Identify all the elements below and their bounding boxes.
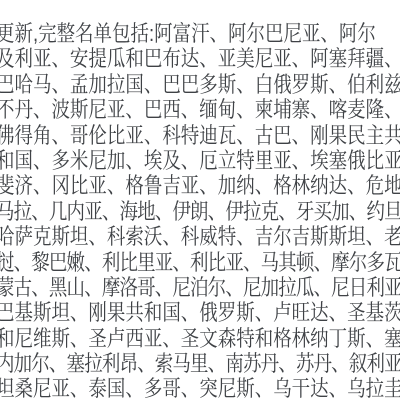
text-line-12: 巴基斯坦、刚果共和国、俄罗斯、卢旺达、圣基茨 — [0, 300, 400, 325]
text-line-8: 马拉、几内亚、海地、伊朗、伊拉克、牙买加、约旦 — [0, 199, 400, 224]
text-line-6: 和国、多米尼加、埃及、厄立特里亚、埃塞俄比亚 — [0, 148, 400, 173]
text-line-13: 和尼维斯、圣卢西亚、圣文森特和格林纳丁斯、塞 — [0, 326, 400, 351]
text-line-2: 及利亚、安提瓜和巴布达、亚美尼亚、阿塞拜疆、 — [0, 46, 400, 71]
text-line-9: 哈萨克斯坦、科索沃、科威特、吉尔吉斯斯坦、老 — [0, 224, 400, 249]
document-text-viewport: 更新,完整名单包括:阿富汗、阿尔巴尼亚、阿尔 及利亚、安提瓜和巴布达、亚美尼亚、… — [0, 0, 400, 400]
text-line-10: 挝、黎巴嫩、利比里亚、利比亚、马其顿、摩尔多瓦 — [0, 250, 400, 275]
text-line-5: 佛得角、哥伦比亚、科特迪瓦、古巴、刚果民主共 — [0, 123, 400, 148]
text-line-3: 巴哈马、孟加拉国、巴巴多斯、白俄罗斯、伯利兹 — [0, 72, 400, 97]
text-line-15: 坦桑尼亚、泰国、多哥、突尼斯、乌干达、乌拉圭 — [0, 376, 400, 400]
text-line-4: 不丹、波斯尼亚、巴西、缅甸、柬埔寨、喀麦隆、 — [0, 97, 400, 122]
country-list-paragraph: 更新,完整名单包括:阿富汗、阿尔巴尼亚、阿尔 及利亚、安提瓜和巴布达、亚美尼亚、… — [0, 21, 400, 400]
text-line-7: 斐济、冈比亚、格鲁吉亚、加纳、格林纳达、危地 — [0, 173, 400, 198]
text-line-1: 更新,完整名单包括:阿富汗、阿尔巴尼亚、阿尔 — [0, 21, 400, 46]
text-line-14: 内加尔、塞拉利昂、索马里、南苏丹、苏丹、叙利亚 — [0, 351, 400, 376]
text-line-11: 蒙古、黑山、摩洛哥、尼泊尔、尼加拉瓜、尼日利亚 — [0, 275, 400, 300]
